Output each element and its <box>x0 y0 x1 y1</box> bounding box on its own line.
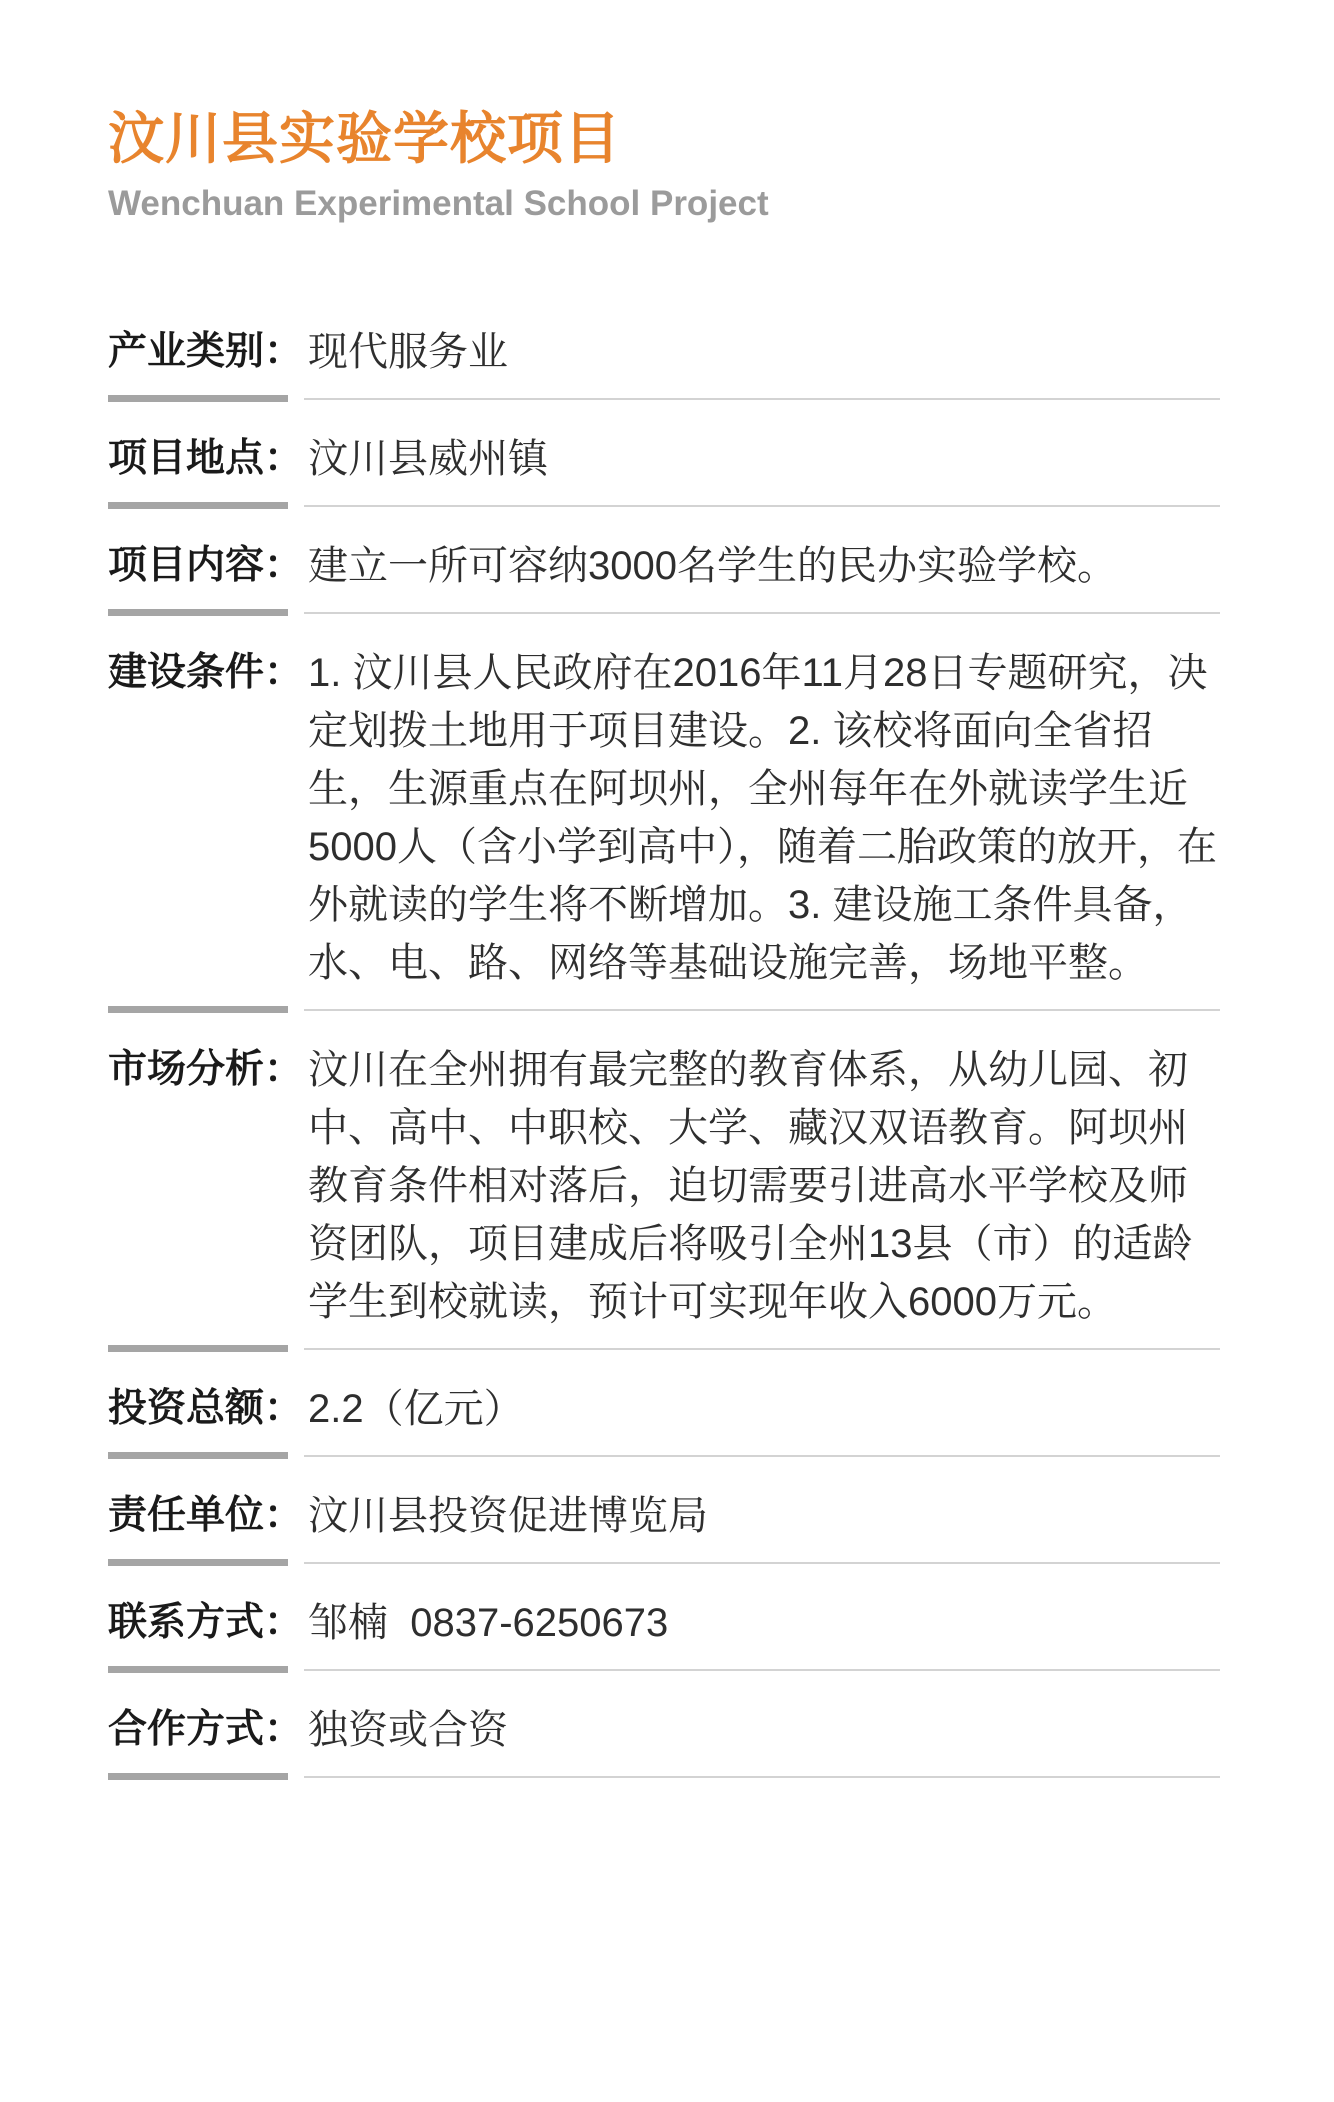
divider-thick-bar <box>108 502 288 509</box>
divider-thin-line <box>304 1348 1220 1350</box>
field-construction-conditions: 建设条件： 1. 汶川县人民政府在2016年11月28日专题研究，决定划拨土地用… <box>108 616 1220 1013</box>
field-label: 合作方式： <box>108 1701 308 1759</box>
field-divider <box>108 1345 1220 1352</box>
field-divider <box>108 1452 1220 1459</box>
divider-thin-line <box>304 398 1220 400</box>
field-cooperation-mode: 合作方式： 独资或合资 <box>108 1673 1220 1780</box>
divider-thick-bar <box>108 609 288 616</box>
field-value: 独资或合资 <box>308 1701 1220 1759</box>
page-title: 汶川县实验学校项目 <box>108 107 1220 171</box>
field-row: 市场分析： 汶川在全州拥有最完整的教育体系，从幼儿园、初中、高中、中职校、大学、… <box>108 1041 1220 1331</box>
field-contact-info: 联系方式： 邹楠 0837-6250673 <box>108 1566 1220 1673</box>
field-divider <box>108 1666 1220 1673</box>
field-row: 产业类别： 现代服务业 <box>108 323 1220 381</box>
field-divider <box>108 609 1220 616</box>
divider-thin-line <box>304 1455 1220 1457</box>
field-row: 建设条件： 1. 汶川县人民政府在2016年11月28日专题研究，决定划拨土地用… <box>108 644 1220 992</box>
field-responsible-unit: 责任单位： 汶川县投资促进博览局 <box>108 1459 1220 1566</box>
field-value: 邹楠 0837-6250673 <box>308 1594 1220 1652</box>
field-project-content: 项目内容： 建立一所可容纳3000名学生的民办实验学校。 <box>108 509 1220 616</box>
field-value: 汶川县威州镇 <box>308 430 1220 488</box>
field-divider <box>108 1559 1220 1566</box>
field-label: 建设条件： <box>108 644 308 702</box>
page-header: 汶川县实验学校项目 Wenchuan Experimental School P… <box>108 107 1220 225</box>
divider-thick-bar <box>108 1773 288 1780</box>
field-list: 产业类别： 现代服务业 项目地点： 汶川县威州镇 项目内容： 建立一所可容纳30… <box>108 295 1220 1780</box>
document-page: 汶川县实验学校项目 Wenchuan Experimental School P… <box>0 0 1334 2102</box>
field-project-location: 项目地点： 汶川县威州镇 <box>108 402 1220 509</box>
divider-thin-line <box>304 505 1220 507</box>
field-value: 1. 汶川县人民政府在2016年11月28日专题研究，决定划拨土地用于项目建设。… <box>308 644 1220 992</box>
field-row: 项目地点： 汶川县威州镇 <box>108 430 1220 488</box>
field-row: 项目内容： 建立一所可容纳3000名学生的民办实验学校。 <box>108 537 1220 595</box>
field-divider <box>108 395 1220 402</box>
field-label: 联系方式： <box>108 1594 308 1652</box>
field-row: 投资总额： 2.2（亿元） <box>108 1380 1220 1438</box>
field-total-investment: 投资总额： 2.2（亿元） <box>108 1352 1220 1459</box>
field-label: 项目地点： <box>108 430 308 488</box>
field-label: 市场分析： <box>108 1041 308 1099</box>
field-label: 责任单位： <box>108 1487 308 1545</box>
divider-thin-line <box>304 1776 1220 1778</box>
field-value: 2.2（亿元） <box>308 1380 1220 1438</box>
field-industry-category: 产业类别： 现代服务业 <box>108 295 1220 402</box>
field-divider <box>108 1006 1220 1013</box>
divider-thick-bar <box>108 1452 288 1459</box>
field-value: 现代服务业 <box>308 323 1220 381</box>
divider-thick-bar <box>108 1559 288 1566</box>
divider-thick-bar <box>108 1666 288 1673</box>
field-market-analysis: 市场分析： 汶川在全州拥有最完整的教育体系，从幼儿园、初中、高中、中职校、大学、… <box>108 1013 1220 1352</box>
field-value: 汶川县投资促进博览局 <box>308 1487 1220 1545</box>
field-label: 产业类别： <box>108 323 308 381</box>
divider-thick-bar <box>108 395 288 402</box>
divider-thick-bar <box>108 1006 288 1013</box>
divider-thin-line <box>304 1562 1220 1564</box>
field-row: 合作方式： 独资或合资 <box>108 1701 1220 1759</box>
field-divider <box>108 1773 1220 1780</box>
field-divider <box>108 502 1220 509</box>
page-subtitle: Wenchuan Experimental School Project <box>108 183 1220 225</box>
divider-thin-line <box>304 1009 1220 1011</box>
field-label: 投资总额： <box>108 1380 308 1438</box>
divider-thick-bar <box>108 1345 288 1352</box>
field-label: 项目内容： <box>108 537 308 595</box>
divider-thin-line <box>304 612 1220 614</box>
divider-thin-line <box>304 1669 1220 1671</box>
field-value: 建立一所可容纳3000名学生的民办实验学校。 <box>308 537 1220 595</box>
field-value: 汶川在全州拥有最完整的教育体系，从幼儿园、初中、高中、中职校、大学、藏汉双语教育… <box>308 1041 1220 1331</box>
field-row: 联系方式： 邹楠 0837-6250673 <box>108 1594 1220 1652</box>
field-row: 责任单位： 汶川县投资促进博览局 <box>108 1487 1220 1545</box>
